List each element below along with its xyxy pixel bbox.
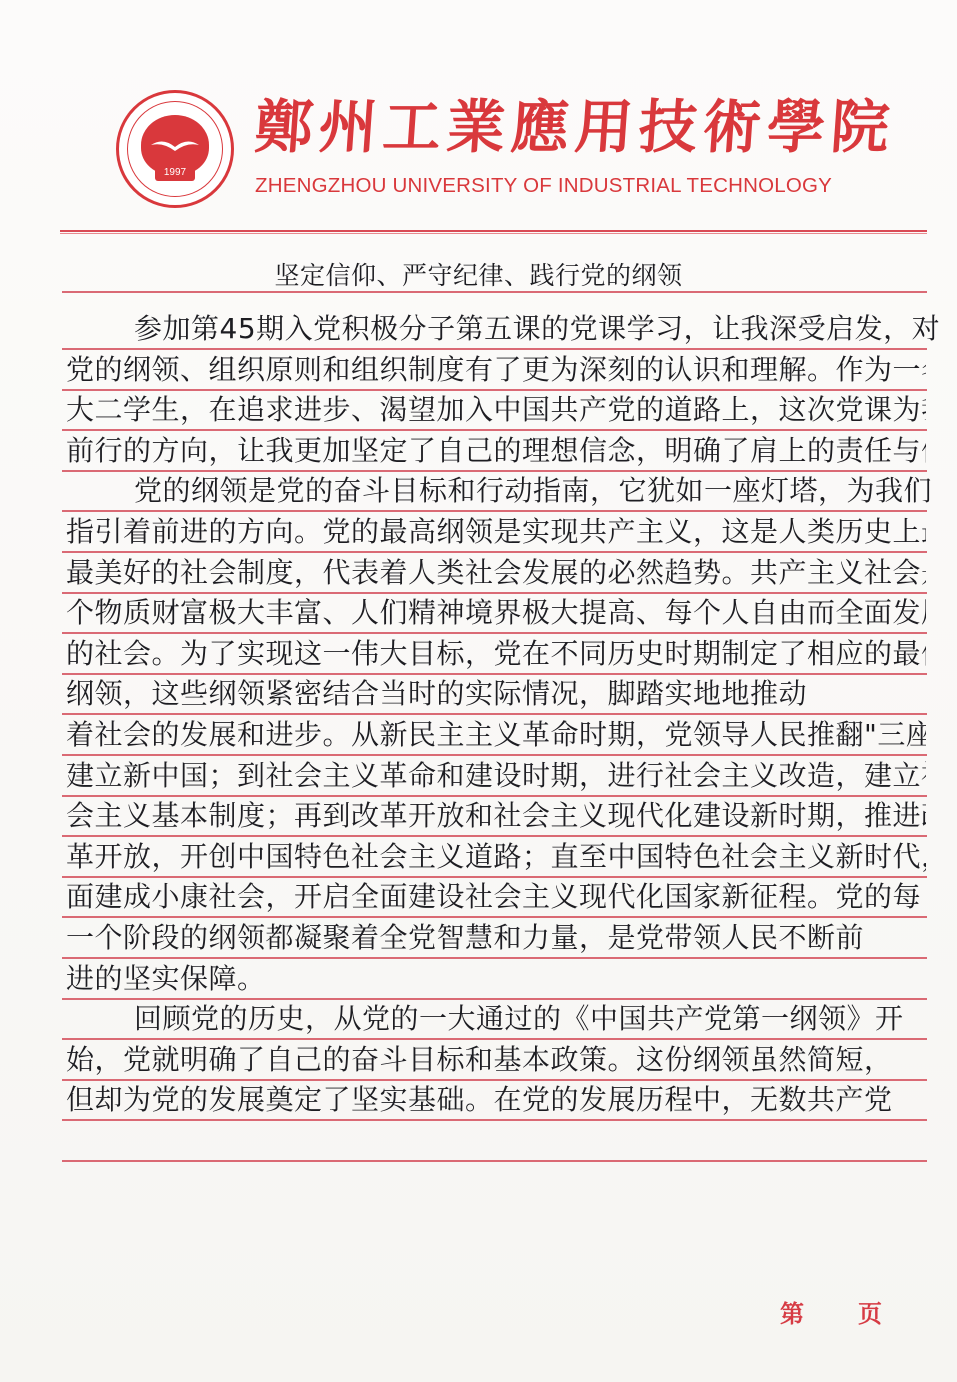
ruled-line: [62, 510, 927, 512]
essay-line: 纲领，这些纲领紧密结合当时的实际情况，脚踏实地地推动: [66, 677, 926, 711]
essay-line: 面建成小康社会，开启全面建设社会主义现代化国家新征程。党的每: [66, 880, 926, 914]
letter-page: 1997 鄭州工業應用技術學院 ZHENGZHOU UNIVERSITY OF …: [0, 0, 957, 1382]
essay-line: 会主义基本制度；再到改革开放和社会主义现代化建设新时期，推进改: [66, 799, 926, 833]
ruled-line: [62, 632, 927, 634]
essay-line: 回顾党的历史，从党的一大通过的《中国共产党第一纲领》开: [66, 1002, 957, 1036]
ruled-line: [62, 389, 927, 391]
ruled-line: [62, 795, 927, 797]
essay-line: 的社会。为了实现这一伟大目标，党在不同历史时期制定了相应的最低: [66, 637, 926, 671]
letterhead: 1997 鄭州工業應用技術學院 ZHENGZHOU UNIVERSITY OF …: [110, 80, 890, 210]
institution-name-en: ZHENGZHOU UNIVERSITY OF INDUSTRIAL TECHN…: [255, 174, 832, 198]
essay-line: 始，党就明确了自己的奋斗目标和基本政策。这份纲领虽然简短，: [66, 1043, 926, 1077]
essay-line: 前行的方向，让我更加坚定了自己的理想信念，明确了肩上的责任与使命。: [66, 434, 926, 468]
ruled-line: [62, 998, 927, 1000]
page-suffix: 页: [858, 1299, 882, 1328]
ruled-line: [62, 876, 927, 878]
ruled-line: [62, 754, 927, 756]
seal-year: 1997: [119, 167, 231, 178]
ruled-line: [62, 1038, 927, 1040]
ruled-line: [62, 713, 927, 715]
page-prefix: 第: [780, 1299, 804, 1328]
ruled-line: [62, 551, 927, 553]
ruled-line: [62, 592, 927, 594]
essay-line: 大二学生，在追求进步、渴望加入中国共产党的道路上，这次党课为我照亮了: [66, 393, 926, 427]
essay-line: 着社会的发展和进步。从新民主主义革命时期，党领导人民推翻"三座大山"，: [66, 718, 926, 752]
ruled-line: [62, 957, 927, 959]
essay-line: 党的纲领是党的奋斗目标和行动指南，它犹如一座灯塔，为我们: [66, 474, 957, 508]
ruled-line: [62, 916, 927, 918]
essay-line: 参加第45期入党积极分子第五课的党课学习，让我深受启发，对: [66, 312, 957, 346]
ruled-line: [62, 673, 927, 675]
essay-line: 革开放，开创中国特色社会主义道路；直至中国特色社会主义新时代，全: [66, 840, 926, 874]
ruled-line: [62, 348, 927, 350]
essay-line: 一个阶段的纲领都凝聚着全党智慧和力量，是党带领人民不断前: [66, 921, 926, 955]
essay-line: 个物质财富极大丰富、人们精神境界极大提高、每个人自由而全面发展: [66, 596, 926, 630]
essay-line: 进的坚实保障。: [66, 962, 926, 996]
ruled-line: [62, 1079, 927, 1081]
ruled-line: [62, 429, 927, 431]
essay-line: 党的纲领、组织原则和组织制度有了更为深刻的认识和理解。作为一名: [66, 353, 926, 387]
header-divider: [60, 230, 927, 234]
essay-title: 坚定信仰、严守纪律、践行党的纲领: [0, 256, 957, 292]
ruled-line: [62, 1119, 927, 1121]
ruled-line: [62, 291, 927, 293]
essay-line: 建立新中国；到社会主义革命和建设时期，进行社会主义改造，建立社: [66, 759, 926, 793]
university-seal-icon: 1997: [116, 90, 234, 208]
essay-line: 指引着前进的方向。党的最高纲领是实现共产主义，这是人类历史上最崇高、: [66, 515, 926, 549]
page-number-footer: 第页: [780, 1294, 882, 1329]
ruled-line: [62, 1160, 927, 1162]
bird-book-icon: [149, 137, 201, 153]
ruled-line: [62, 835, 927, 837]
essay-line: 最美好的社会制度，代表着人类社会发展的必然趋势。共产主义社会是一: [66, 556, 926, 590]
ruled-line: [62, 470, 927, 472]
institution-name-cn: 鄭州工業應用技術學院: [253, 92, 898, 162]
essay-line: 但却为党的发展奠定了坚实基础。在党的发展历程中，无数共产党: [66, 1083, 926, 1117]
